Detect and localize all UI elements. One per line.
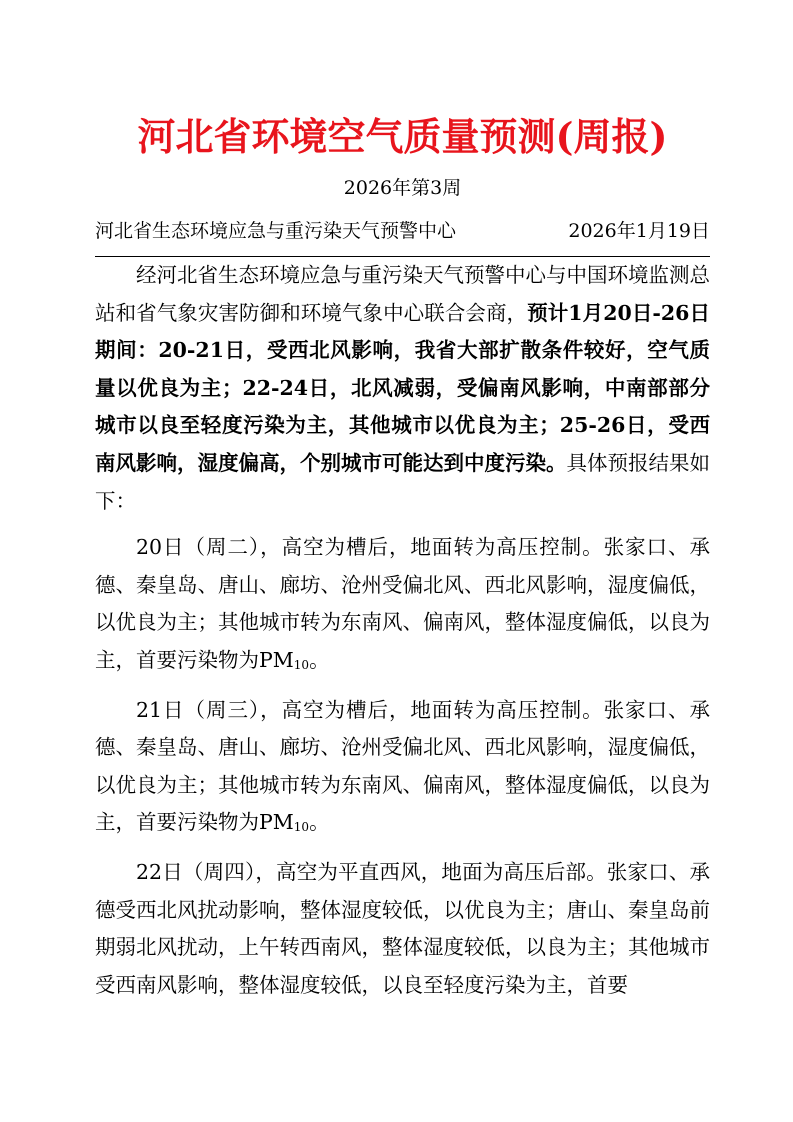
issue-date: 2026年1月19日 bbox=[568, 217, 710, 245]
day-forecast-text: 20日（周二），高空为槽后，地面转为高压控制。张家口、承德、秦皇岛、唐山、廊坊、… bbox=[95, 535, 710, 672]
issuer-name: 河北省生态环境应急与重污染天气预警中心 bbox=[95, 217, 456, 245]
day-forecast-paragraph: 20日（周二），高空为槽后，地面转为高压控制。张家口、承德、秦皇岛、唐山、廊坊、… bbox=[95, 529, 710, 682]
issuer-row: 河北省生态环境应急与重污染天气预警中心 2026年1月19日 bbox=[95, 217, 710, 245]
day-forecast-text: 21日（周三），高空为槽后，地面转为高压控制。张家口、承德、秦皇岛、唐山、廊坊、… bbox=[95, 698, 710, 835]
document-title: 河北省环境空气质量预测(周报) bbox=[85, 112, 720, 162]
day-forecast-text: 22日（周四），高空为平直西风，地面为高压后部。张家口、承德受西北风扰动影响，整… bbox=[95, 860, 710, 997]
subscript: 10 bbox=[294, 820, 309, 834]
document-body: 经河北省生态环境应急与重污染天气预警中心与中国环境监测总站和省气象灾害防御和环境… bbox=[95, 257, 710, 1004]
week-label: 2026年第3周 bbox=[95, 174, 710, 202]
punctuation: 。 bbox=[309, 810, 330, 834]
subscript: 10 bbox=[294, 658, 309, 672]
intro-paragraph: 经河北省生态环境应急与重污染天气预警中心与中国环境监测总站和省气象灾害防御和环境… bbox=[95, 257, 710, 520]
punctuation: 。 bbox=[309, 648, 330, 672]
day-forecast-paragraph: 22日（周四），高空为平直西风，地面为高压后部。张家口、承德受西北风扰动影响，整… bbox=[95, 854, 710, 1004]
intro-forecast-summary: 预计1月20日-26日期间：20-21日，受西北风影响，我省大部扩散条件较好，空… bbox=[95, 301, 710, 475]
day-forecast-paragraph: 21日（周三），高空为槽后，地面转为高压控制。张家口、承德、秦皇岛、唐山、廊坊、… bbox=[95, 692, 710, 845]
